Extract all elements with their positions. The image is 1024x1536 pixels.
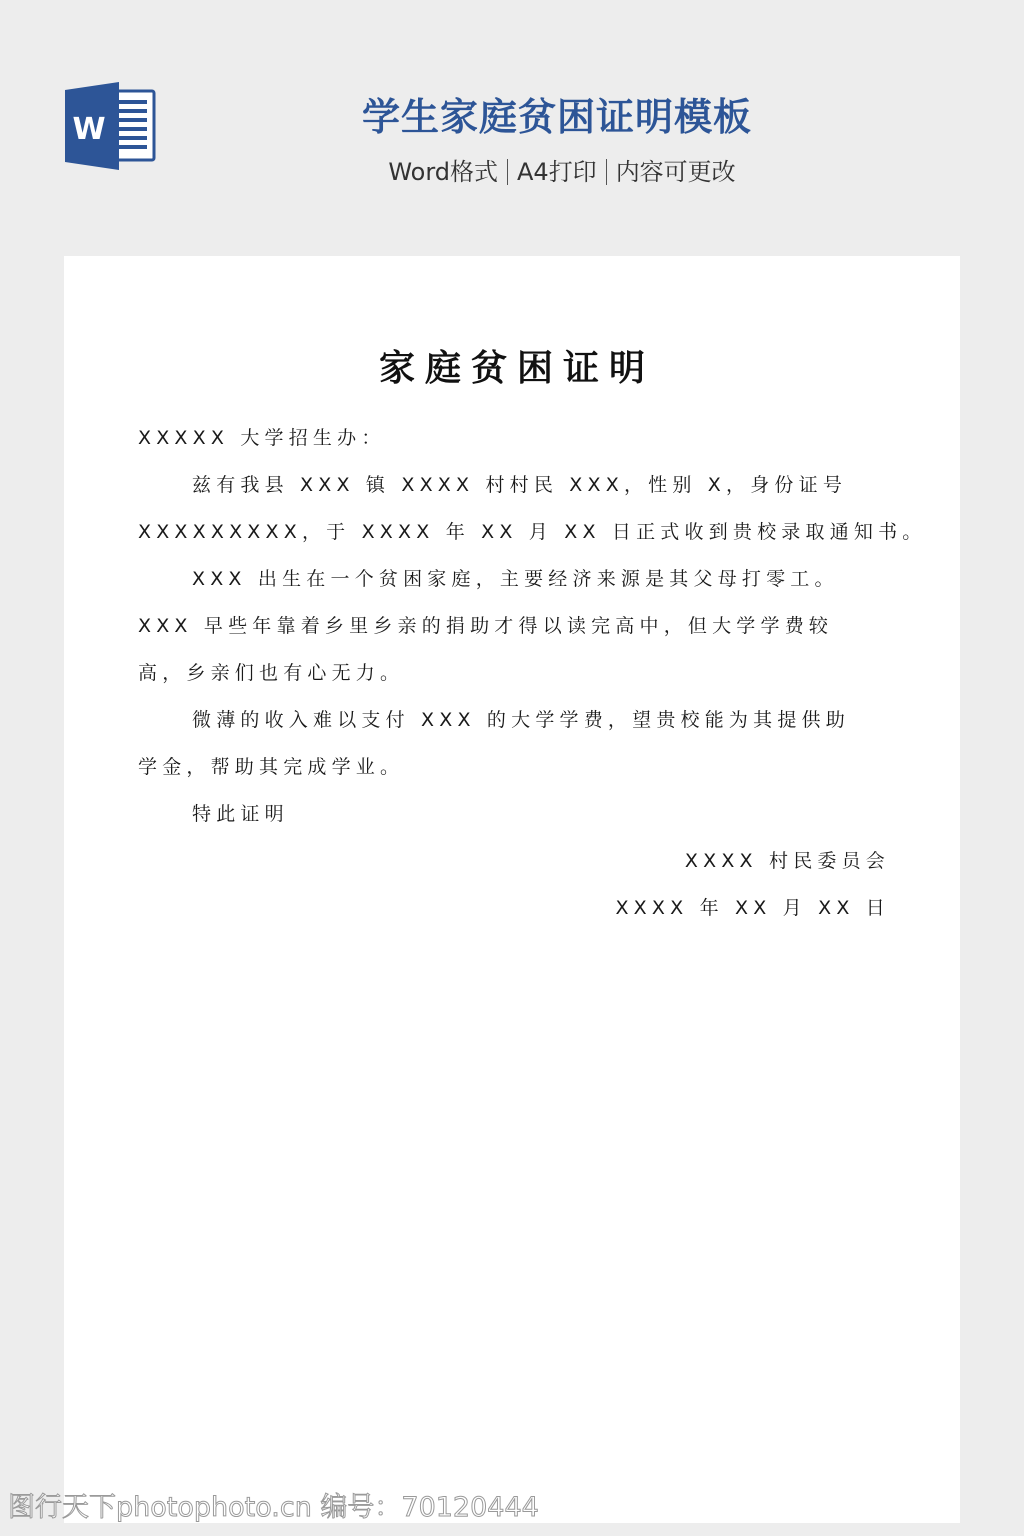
paragraph-line: XXX 早些年靠着乡里乡亲的捐助才得以读完高中，但大学学费较 [138, 611, 890, 641]
template-subtitle: Word格式A4打印内容可更改 [300, 155, 824, 189]
editable-label: 内容可更改 [616, 158, 736, 186]
signature: XXXX 村民委员会 [685, 846, 890, 876]
svg-text:W: W [72, 112, 105, 147]
print-label: A4打印 [517, 158, 597, 186]
paragraph-line: 高，乡亲们也有心无力。 [138, 658, 890, 688]
paragraph-line: 微薄的收入难以支付 XXX 的大学学费，望贵校能为其提供助 [192, 705, 944, 735]
word-document-icon: W [65, 82, 157, 170]
format-label: Word格式 [388, 158, 498, 186]
watermark: 图行天下photophoto.cn 编号：70120444 [8, 1490, 539, 1526]
document-page: 家庭贫困证明 XXXXX 大学招生办： 兹有我县 XXX 镇 XXXX 村村民 … [64, 256, 960, 1523]
template-title: 学生家庭贫困证明模板 [300, 92, 814, 142]
document-title: 家庭贫困证明 [64, 344, 960, 394]
paragraph-line: XXXXXXXXX，于 XXXX 年 XX 月 XX 日正式收到贵校录取通知书。 [138, 517, 890, 547]
salutation: XXXXX 大学招生办： [138, 423, 890, 453]
paragraph-line: 兹有我县 XXX 镇 XXXX 村村民 XXX，性别 X，身份证号 [192, 470, 944, 500]
divider [507, 159, 508, 185]
template-preview: W 学生家庭贫困证明模板 Word格式A4打印内容可更改 家庭贫困证明 XXXX… [0, 0, 1024, 1536]
paragraph-line: 学金，帮助其完成学业。 [138, 752, 890, 782]
date: XXXX 年 XX 月 XX 日 [615, 893, 890, 923]
closing: 特此证明 [192, 799, 944, 829]
divider [606, 159, 607, 185]
paragraph-line: XXX 出生在一个贫困家庭，主要经济来源是其父母打零工。 [192, 564, 944, 594]
